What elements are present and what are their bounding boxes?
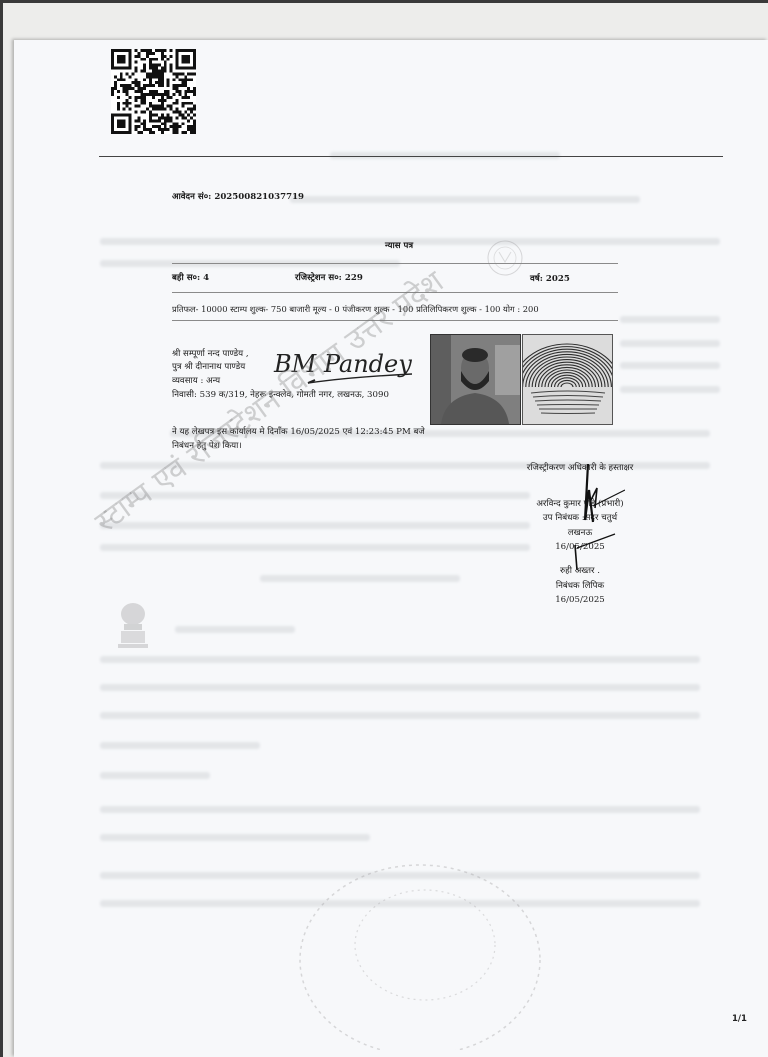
market-value-label: बाजारी मूल्य - — [289, 304, 331, 314]
registration-number-label: रजिस्ट्रेशन स०: — [295, 273, 342, 283]
year: वर्ष: 2025 — [530, 275, 570, 284]
executant-occupation: व्यवसाय : अन्य — [172, 377, 220, 386]
book-number: बही स०: 4 — [172, 274, 209, 283]
qr-code — [111, 49, 196, 134]
total-value: 200 — [523, 304, 539, 314]
registration-number: रजिस्ट्रेशन स०: 229 — [295, 274, 363, 283]
market-value-value: 0 — [334, 304, 339, 314]
consideration-value: 10000 — [201, 304, 227, 314]
page-number: 1/1 — [732, 1014, 747, 1024]
consideration-label: प्रतिफल- — [172, 304, 198, 314]
title-divider — [172, 263, 618, 264]
application-number-label: आवेदन सं०: — [172, 192, 211, 202]
book-number-label: बही स०: — [172, 273, 200, 283]
clerk-date: 16/05/2025 — [510, 596, 650, 605]
seal-icon — [485, 238, 525, 278]
book-number-value: 4 — [203, 273, 209, 283]
stamp-duty-label: स्टाम्प शुल्क- — [230, 304, 268, 314]
state-emblem-icon — [112, 600, 154, 650]
total-label: योग : — [503, 304, 520, 314]
executant-name: श्री सम्पूर्णा नन्द पाण्डेय , — [172, 350, 249, 359]
registration-number-value: 229 — [345, 273, 363, 283]
header-divider — [99, 156, 723, 157]
copying-fee-value: 100 — [485, 304, 501, 314]
clerk-designation: निबंधक लिपिक — [510, 582, 650, 591]
document-title: न्यास पत्र — [385, 242, 413, 251]
round-seal-icon — [285, 850, 555, 1050]
executant-relation: पुत्र श्री दीनानाथ पाण्डेय — [172, 363, 245, 372]
application-number-value: 202500821037719 — [214, 192, 304, 202]
application-number: आवेदन सं०: 202500821037719 — [172, 193, 304, 202]
stamp-duty-value: 750 — [271, 304, 287, 314]
person-photo — [430, 334, 521, 425]
year-value: 2025 — [546, 274, 570, 284]
year-label: वर्ष: — [530, 274, 543, 284]
registrar-signature — [555, 460, 625, 570]
thumb-impression — [522, 334, 613, 425]
